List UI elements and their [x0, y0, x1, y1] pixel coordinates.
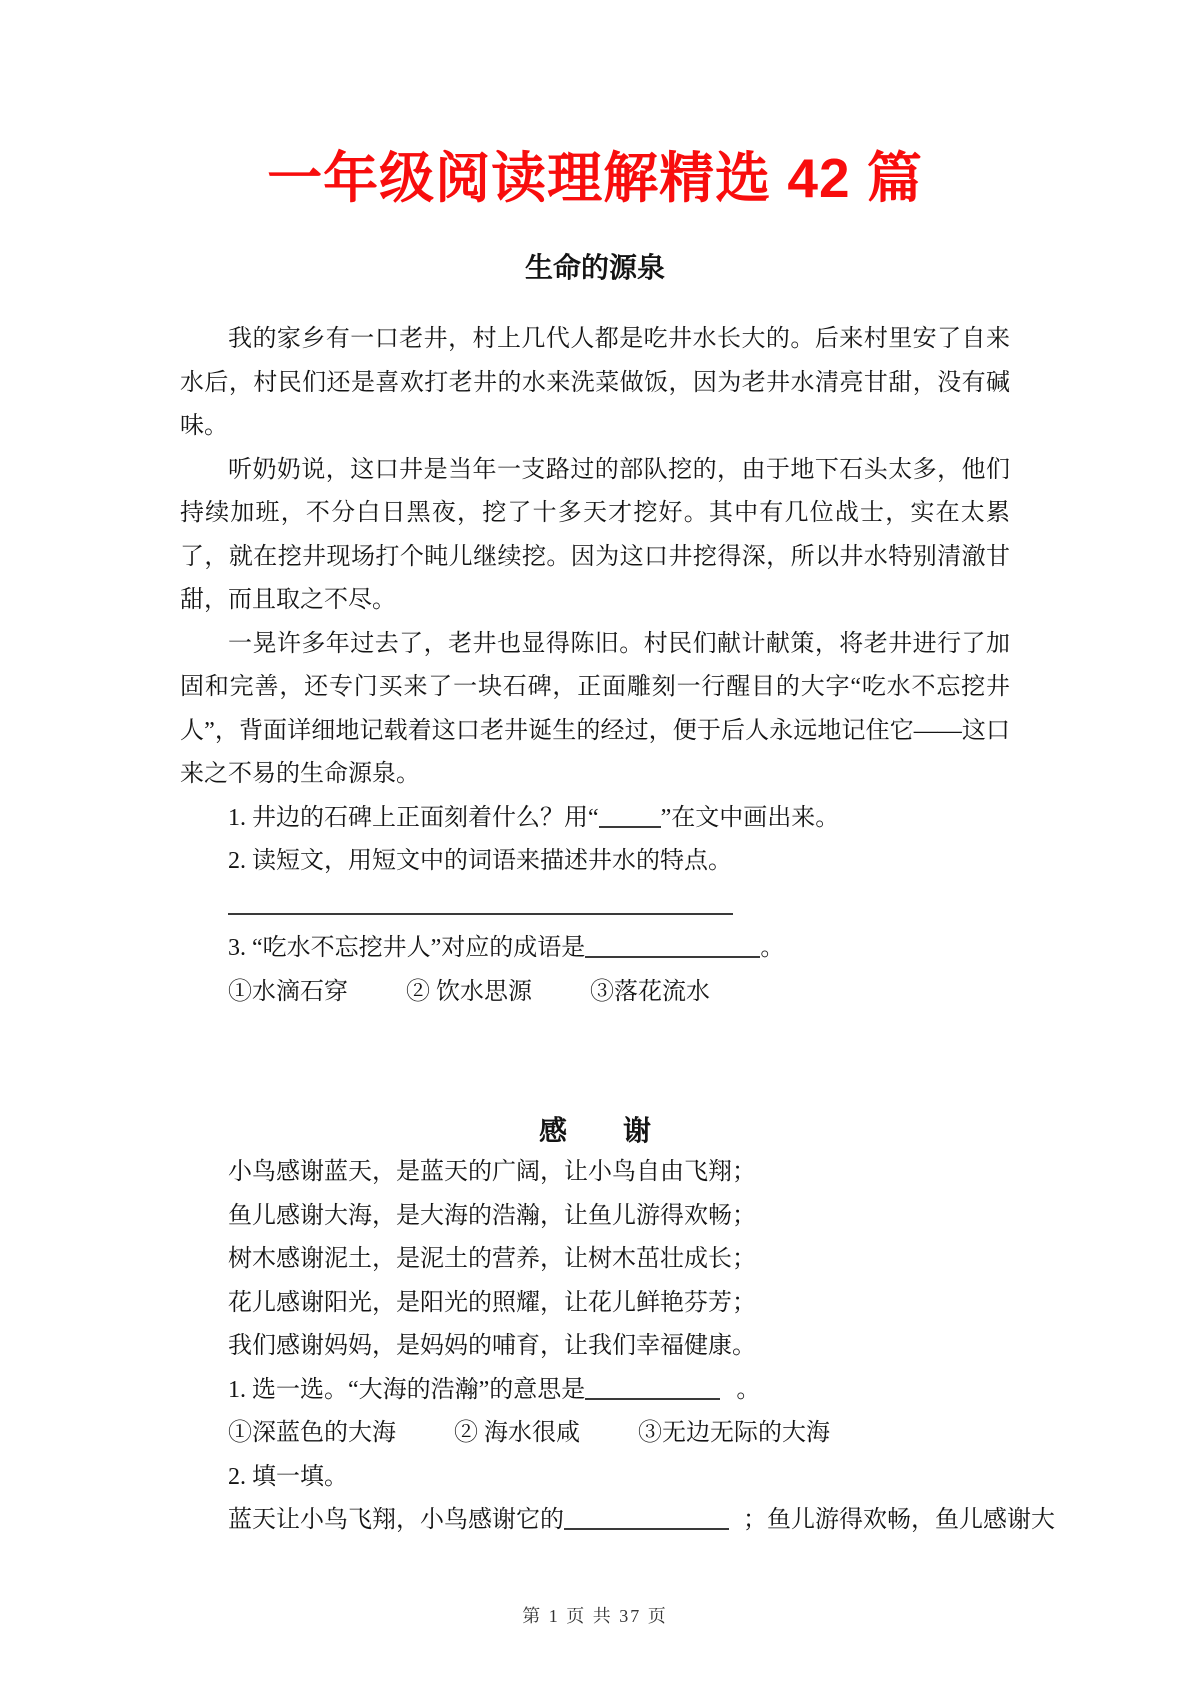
fill-in-line: 蓝天让小鸟飞翔，小鸟感谢它的；鱼儿游得欢畅，鱼儿感谢大 [180, 1499, 1010, 1543]
poem-line: 我们感谢妈妈，是妈妈的哺育，让我们幸福健康。 [180, 1325, 1010, 1369]
option-item: ③落花流水 [590, 979, 710, 1005]
answer-blank [599, 826, 661, 828]
question-1-text-end: 。 [736, 1377, 760, 1403]
answer-blank [564, 1528, 729, 1530]
paragraph-1: 我的家乡有一口老井，村上几代人都是吃井水长大的。后来村里安了自来水后，村民们还是… [180, 318, 1010, 449]
question-1-text: 1. 选一选。“大海的浩瀚”的意思是 [228, 1377, 585, 1403]
question-1-text-end: ”在文中画出来。 [661, 805, 840, 831]
option-item: ①深蓝色的大海 [228, 1420, 396, 1446]
fill-in-text: 蓝天让小鸟飞翔，小鸟感谢它的 [228, 1507, 564, 1533]
answer-blank [585, 1398, 720, 1400]
page-footer: 第 1 页 共 37 页 [180, 1603, 1010, 1629]
answer-line [180, 884, 1010, 928]
question-1: 1. 选一选。“大海的浩瀚”的意思是。 [180, 1369, 1010, 1413]
answer-blank [585, 956, 760, 958]
page-title: 一年级阅读理解精选 42 篇 [180, 146, 1010, 210]
option-item: ③无边无际的大海 [638, 1420, 830, 1446]
poem-line: 鱼儿感谢大海，是大海的浩瀚，让鱼儿游得欢畅； [180, 1195, 1010, 1239]
option-item: ①水滴石穿 [228, 979, 348, 1005]
section2-title: 感 谢 [180, 1111, 1010, 1151]
question-3: 3. “吃水不忘挖井人”对应的成语是。 [180, 927, 1010, 971]
options-line-1: ①水滴石穿② 饮水思源③落花流水 [180, 971, 1010, 1015]
section-thanks: 感 谢 小鸟感谢蓝天，是蓝天的广阔，让小鸟自由飞翔； 鱼儿感谢大海，是大海的浩瀚… [180, 1111, 1010, 1543]
question-1-text: 1. 井边的石碑上正面刻着什么？用“ [228, 805, 599, 831]
fill-in-text-end: ；鱼儿游得欢畅，鱼儿感谢大 [743, 1507, 1055, 1533]
poem-line: 小鸟感谢蓝天，是蓝天的广阔，让小鸟自由飞翔； [180, 1151, 1010, 1195]
question-2: 2. 填一填。 [180, 1456, 1010, 1500]
paragraph-3: 一晃许多年过去了，老井也显得陈旧。村民们献计献策，将老井进行了加固和完善，还专门… [180, 623, 1010, 797]
poem-line: 花儿感谢阳光，是阳光的照耀，让花儿鲜艳芬芳； [180, 1282, 1010, 1326]
question-3-text-end: 。 [760, 935, 784, 961]
answer-blank [228, 913, 733, 915]
paragraph-2: 听奶奶说，这口井是当年一支路过的部队挖的，由于地下石头太多，他们持续加班，不分白… [180, 449, 1010, 623]
option-item: ② 饮水思源 [406, 979, 532, 1005]
question-1: 1. 井边的石碑上正面刻着什么？用“”在文中画出来。 [180, 797, 1010, 841]
options-line-2: ①深蓝色的大海② 海水很咸③无边无际的大海 [180, 1412, 1010, 1456]
question-3-text: 3. “吃水不忘挖井人”对应的成语是 [228, 935, 585, 961]
section-life-spring: 生命的源泉 我的家乡有一口老井，村上几代人都是吃井水长大的。后来村里安了自来水后… [180, 248, 1010, 1014]
document-page: 一年级阅读理解精选 42 篇 生命的源泉 我的家乡有一口老井，村上几代人都是吃井… [0, 0, 1191, 1684]
poem-line: 树木感谢泥土，是泥土的营养，让树木茁壮成长； [180, 1238, 1010, 1282]
passage-1: 我的家乡有一口老井，村上几代人都是吃井水长大的。后来村里安了自来水后，村民们还是… [180, 318, 1010, 797]
option-item: ② 海水很咸 [454, 1420, 580, 1446]
question-2: 2. 读短文，用短文中的词语来描述井水的特点。 [180, 840, 1010, 884]
section1-title: 生命的源泉 [180, 248, 1010, 288]
